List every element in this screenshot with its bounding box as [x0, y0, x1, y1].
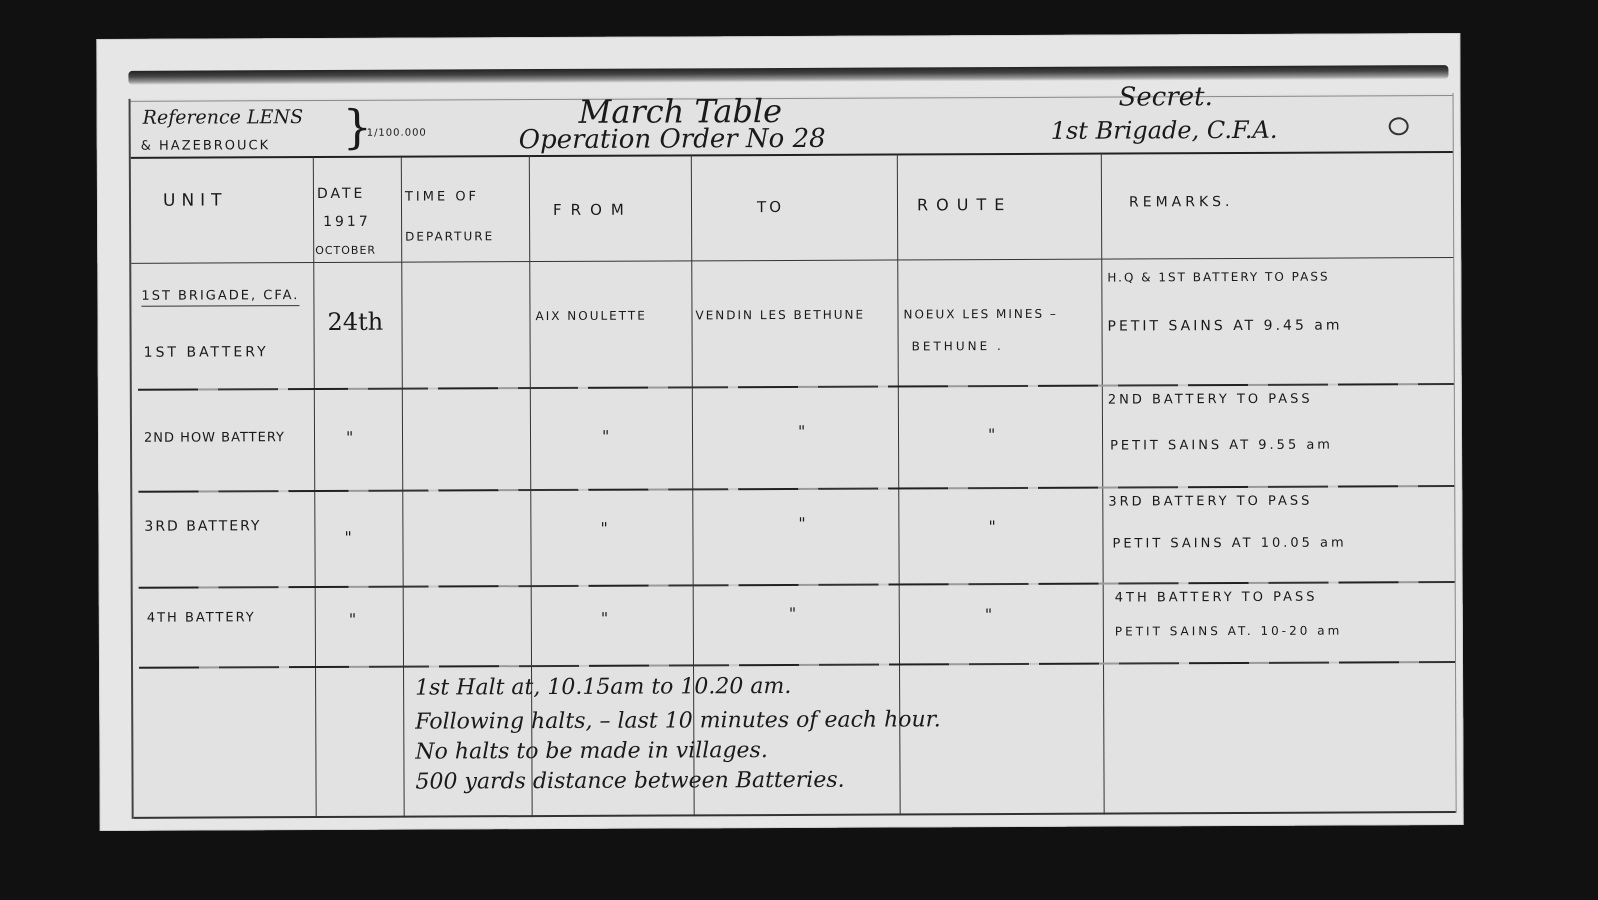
row2-date-ditto: ": [346, 428, 353, 447]
classification: Secret.: [1118, 82, 1212, 112]
header-date-year: 1917: [323, 214, 371, 230]
row2-from-ditto: ": [602, 427, 609, 446]
row3-route-ditto: ": [988, 517, 995, 536]
row4-from-ditto: ": [601, 609, 608, 628]
map-scale: 1/100.000: [367, 128, 427, 139]
row2-to-ditto: ": [798, 422, 805, 441]
col-divider: [401, 156, 405, 818]
reference-line2: & HAZEBROUCK: [141, 138, 270, 154]
row4-to-ditto: ": [789, 604, 796, 623]
row1-from: AIX NOULETTE: [535, 309, 646, 323]
punch-hole-mark: [1389, 117, 1409, 135]
header-remarks: REMARKS.: [1129, 194, 1234, 210]
row3-date-ditto: ": [344, 528, 351, 547]
row4-date-ditto: ": [349, 610, 356, 629]
row1-remarks-line2: PETIT SAINS AT 9.45 am: [1108, 318, 1343, 335]
header-from: FROM: [553, 201, 633, 219]
header-unit: UNIT: [163, 190, 228, 210]
row3-from-ditto: ": [600, 519, 607, 538]
header-to: TO: [757, 198, 784, 216]
header-date: DATE: [317, 186, 365, 202]
note-no-halts-villages: No halts to be made in villages.: [415, 738, 768, 765]
header-route: ROUTE: [917, 195, 1012, 214]
row-rule: [138, 485, 1454, 493]
note-following-halts: Following halts, – last 10 minutes of ea…: [415, 707, 941, 734]
row3-remarks-line1: 3RD BATTERY TO PASS: [1108, 494, 1312, 510]
row2-route-ditto: ": [988, 425, 995, 444]
row-rule: [138, 383, 1454, 391]
header-row-rule: [131, 257, 1453, 264]
row2-remarks-line1: 2ND BATTERY TO PASS: [1108, 392, 1313, 408]
march-table-form: Reference LENS & HAZEBROUCK } 1/100.000 …: [129, 93, 1457, 819]
row2-remarks-line2: PETIT SAINS AT 9.55 am: [1110, 438, 1333, 454]
row-rule: [139, 661, 1455, 669]
row4-route-ditto: ": [985, 605, 992, 624]
row1-route-line2: BETHUNE .: [912, 339, 1004, 353]
row3-to-ditto: ": [798, 514, 805, 533]
row-rule: [139, 581, 1455, 589]
header-date-month: OCTOBER: [315, 244, 376, 257]
row4-remarks-line2: PETIT SAINS AT. 10-20 am: [1115, 624, 1342, 639]
note-first-halt: 1st Halt at, 10.15am to 10.20 am.: [415, 674, 791, 701]
note-distance: 500 yards distance between Batteries.: [415, 768, 844, 795]
reference-line1: Reference LENS: [143, 106, 304, 129]
header-time: TIME OF: [405, 189, 479, 204]
row3-remarks-line2: PETIT SAINS AT 10.05 am: [1112, 536, 1346, 552]
issuer: 1st Brigade, C.F.A.: [1051, 116, 1278, 145]
row1-route-line1: NOEUX LES MINES –: [903, 307, 1057, 322]
fold-shadow: [128, 65, 1448, 85]
row4-remarks-line1: 4TH BATTERY TO PASS: [1115, 590, 1318, 606]
col-divider: [1101, 153, 1105, 815]
header-departure: DEPARTURE: [405, 229, 494, 243]
row2-unit: 2ND HOW BATTERY: [144, 430, 285, 446]
row1-date: 24th: [327, 308, 383, 336]
row1-to: VENDIN LES BETHUNE: [695, 308, 865, 323]
row4-unit: 4TH BATTERY: [147, 610, 256, 625]
row3-unit: 3RD BATTERY: [144, 518, 261, 535]
document-page: Reference LENS & HAZEBROUCK } 1/100.000 …: [96, 33, 1463, 831]
bottom-rule: [134, 811, 1456, 819]
unit-heading: 1ST BRIGADE, CFA.: [141, 288, 299, 307]
operation-order: Operation Order No 28: [519, 124, 826, 155]
row1-remarks-line1: H.Q & 1ST BATTERY TO PASS: [1107, 270, 1329, 285]
row1-unit: 1ST BATTERY: [144, 344, 269, 361]
